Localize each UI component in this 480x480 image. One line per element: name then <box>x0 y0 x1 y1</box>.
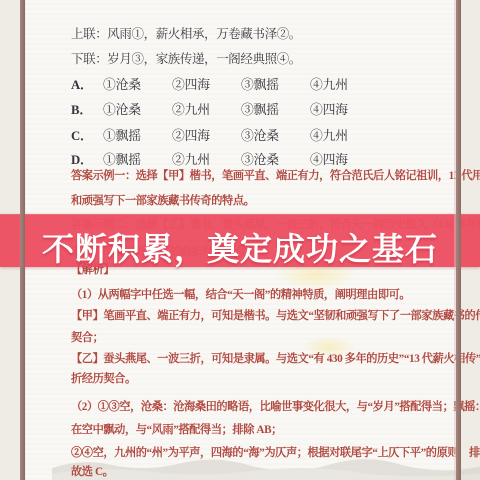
page-border-right <box>456 0 461 480</box>
banner-title: 不断积累，奠定成功之基石 <box>0 224 480 270</box>
analysis-line: 【乙】蚕头燕尾、一波三折，可知是隶属。与选文“有 430 多年的历史”“13 代… <box>71 353 480 366</box>
page-border-left <box>20 0 25 480</box>
option-label: A． <box>71 74 103 93</box>
analysis-line: 在空中飘动，与“风雨”搭配得当；排除 AB； <box>71 424 282 437</box>
couplet-line-lower: 下联：岁月③，家族传递，一阁经典照④。 <box>71 52 301 67</box>
option-choice: ③飘摇 <box>241 99 310 118</box>
worksheet-screenshot: 上联：风雨①，薪火相承，万卷藏书泽②。 下联：岁月③，家族传递，一阁经典照④。 … <box>0 0 480 480</box>
option-row-b: B． ①沧桑 ②九州 ③飘摇 ④四海 <box>71 99 348 118</box>
analysis-line: （1）从两幅字中任选一幅，结合“天一阁”的精神特质，阐明理由即可。 <box>71 289 410 302</box>
analysis-line: 【甲】笔画平直、端正有力，可知是楷书。与选文“坚韧和顽强写下了一部家族藏书的传奇… <box>71 310 480 323</box>
option-choice: ③沧桑 <box>241 125 310 144</box>
option-choice: ④九州 <box>310 74 348 93</box>
option-choice: ②九州 <box>172 149 241 168</box>
option-choice: ②四海 <box>172 125 241 144</box>
option-choice: ④四海 <box>310 99 348 118</box>
option-choice: ③沧桑 <box>241 149 310 168</box>
option-choice: ④四海 <box>310 149 348 168</box>
analysis-line: 契合； <box>71 332 103 345</box>
option-row-c: C． ①飘摇 ②四海 ③沧桑 ④九州 <box>71 125 348 144</box>
answer-example1-line1: 答案示例一：选择【甲】楷书，笔画平直、端正有力，符合范氏后人铭记祖训，13 代用… <box>71 170 480 183</box>
analysis-line: 折经历契合。 <box>71 373 136 386</box>
option-row-a: A． ①沧桑 ②四海 ③飘摇 ④九州 <box>71 74 348 93</box>
option-choice: ①沧桑 <box>103 74 172 93</box>
option-choice: ②九州 <box>172 99 241 118</box>
option-row-d: D． ①飘摇 ②九州 ③沧桑 ④四海 <box>71 149 348 168</box>
analysis-line: （2）①③空，沧桑：沧海桑田的略语，比喻世事变化很大，与“岁月”搭配得当；飘摇：… <box>71 401 480 414</box>
option-label: D． <box>71 149 103 168</box>
option-choice: ①沧桑 <box>103 99 172 118</box>
option-choice: ①飘摇 <box>103 149 172 168</box>
option-choice: ④九州 <box>310 125 348 144</box>
answer-example1-line2: 和顽强写下一部家族藏书传奇的特点。 <box>71 195 254 208</box>
option-choice: ②四海 <box>172 74 241 93</box>
option-choice: ③飘摇 <box>241 74 310 93</box>
option-choice: ①飘摇 <box>103 125 172 144</box>
analysis-line: ②④空，九州的“州”为平声，四海的“海”为仄声；根据对联尾字“上仄下平”的原则，… <box>71 447 480 460</box>
couplet-line-upper: 上联：风雨①，薪火相承，万卷藏书泽②。 <box>71 27 301 42</box>
option-label: B． <box>71 99 103 118</box>
option-label: C． <box>71 125 103 144</box>
analysis-conclusion: 故选 C。 <box>71 466 113 479</box>
